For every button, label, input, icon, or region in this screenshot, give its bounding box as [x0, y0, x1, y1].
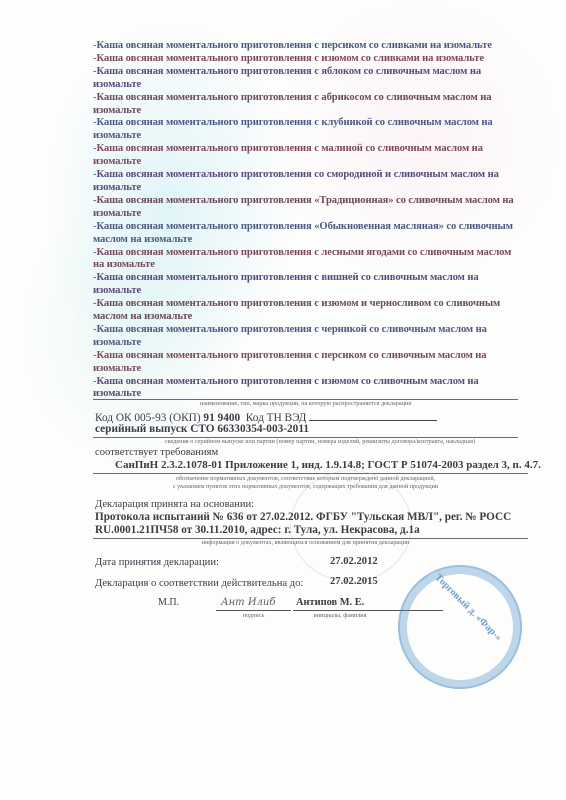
divider [93, 473, 528, 474]
signatory-name: Антипов М. Е. [296, 597, 364, 608]
product-item: -Каша овсяная моментального приготовлени… [93, 350, 518, 376]
signature-line [216, 610, 291, 611]
product-name: Каша овсяная моментального приготовления… [96, 53, 484, 64]
caption-basis: информация о документах, являющихся осно… [93, 539, 518, 547]
product-name: Каша овсяная моментального приготовления… [93, 117, 493, 141]
caption-signature: подпись [216, 612, 291, 620]
accepted-date-label: Дата принятия декларации: [95, 557, 219, 568]
basis-line-1: Протокола испытаний № 636 от 27.02.2012.… [95, 511, 511, 523]
product-name: Каша овсяная моментального приготовления… [93, 195, 514, 219]
accepted-date-value: 27.02.2012 [330, 556, 378, 567]
okp-code-line: Код ОК 005-93 (ОКП) 91 9400 Код ТН ВЭД [95, 410, 437, 424]
product-item: -Каша овсяная моментального приготовлени… [93, 376, 518, 402]
valid-until-label: Декларация о соответствии действительна … [95, 578, 303, 589]
basis-line-2: RU.0001.21ПЧ58 от 30.11.2010, адрес: г. … [95, 524, 420, 536]
product-item: -Каша овсяная моментального приготовлени… [93, 143, 518, 169]
basis-label: Декларация принята на основании: [95, 499, 254, 510]
product-name: Каша овсяная моментального приготовления… [93, 376, 479, 400]
tnved-blank [309, 410, 437, 421]
requirements-label: соответствует требованиям [95, 447, 218, 458]
product-name: Каша овсяная моментального приготовления… [93, 66, 481, 90]
product-name: Каша овсяная моментального приготовления… [93, 169, 499, 193]
caption-serial: сведения о серийном выпуске или партии (… [110, 438, 530, 446]
valid-until-value: 27.02.2015 [330, 576, 378, 587]
product-item: -Каша овсяная моментального приготовлени… [93, 298, 518, 324]
product-item: -Каша овсяная моментального приготовлени… [93, 117, 518, 143]
product-item: -Каша овсяная моментального приготовлени… [93, 66, 518, 92]
product-item: -Каша овсяная моментального приготовлени… [93, 247, 518, 273]
product-name: Каша овсяная моментального приготовления… [93, 350, 486, 374]
serial-line: серийный выпуск СТО 66330354-003-2011 [95, 423, 309, 435]
product-name: Каша овсяная моментального приготовления… [93, 92, 491, 116]
caption-name: инициалы, фамилия [300, 612, 380, 620]
product-name: Каша овсяная моментального приготовления… [93, 247, 511, 271]
signature-scribble: Ант Илиб [221, 597, 283, 611]
product-item: -Каша овсяная моментального приготовлени… [93, 272, 518, 298]
product-name: Каша овсяная моментального приготовления… [93, 272, 479, 296]
product-item: -Каша овсяная моментального приготовлени… [93, 324, 518, 350]
product-name: Каша овсяная моментального приготовления… [96, 40, 491, 51]
product-item: -Каша овсяная моментального приготовлени… [93, 40, 518, 53]
declaration-page: -Каша овсяная моментального приготовлени… [0, 0, 566, 800]
product-name: Каша овсяная моментального приготовления… [93, 298, 500, 322]
caption-product: наименование, тип, марка продукции, на к… [93, 400, 518, 408]
stamp-text: Торговый д. «Фар-» [433, 572, 504, 643]
product-item: -Каша овсяная моментального приготовлени… [93, 221, 518, 247]
requirements-value: СанПиН 2.3.2.1078-01 Приложение 1, инд. … [115, 459, 541, 471]
product-name: Каша овсяная моментального приготовления… [93, 221, 513, 245]
product-item: -Каша овсяная моментального приготовлени… [93, 169, 518, 195]
product-item: -Каша овсяная моментального приготовлени… [93, 195, 518, 221]
product-item: -Каша овсяная моментального приготовлени… [93, 92, 518, 118]
product-name: Каша овсяная моментального приготовления… [93, 324, 487, 348]
company-stamp: Торговый д. «Фар-» [384, 551, 536, 703]
caption-norms-1: обозначение нормативных документов, соот… [93, 475, 518, 483]
product-list: -Каша овсяная моментального приготовлени… [93, 40, 518, 401]
seal-place-label: М.П. [158, 597, 179, 608]
product-name: Каша овсяная моментального приготовления… [93, 143, 483, 167]
product-item: -Каша овсяная моментального приготовлени… [93, 53, 518, 66]
